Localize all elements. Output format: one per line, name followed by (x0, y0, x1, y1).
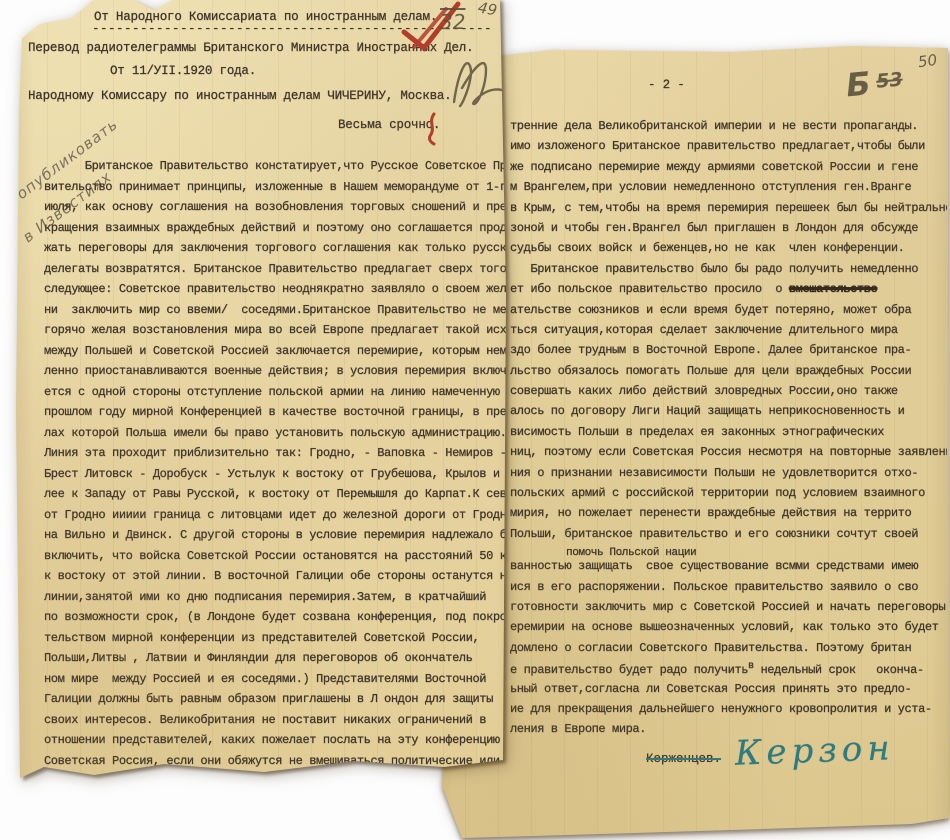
text-line: же подписано перемирие между армиями сов… (510, 160, 947, 180)
text-line: прошлом году мирной Конференцией в качес… (44, 405, 509, 426)
text-line: Британское правительство было бы радо по… (510, 262, 947, 282)
text-line: тренние дела Великобританской империи и … (510, 119, 947, 139)
text-line: в Крым, с тем,чтобы на время перемирия п… (510, 201, 947, 221)
text-line: между Польшей и Советской Россией заключ… (44, 344, 509, 365)
text-line: отношении представителей, каких пожелает… (44, 733, 509, 754)
text-line: ться ситуация,которая сделает заключение… (510, 323, 947, 343)
text-line: лах которой Польша имели бы право устано… (44, 426, 509, 447)
text-line: Британское Правительство констатирует,чт… (44, 159, 509, 180)
text-line: Польши,Литвы , Латвии и Финляндии для пе… (44, 651, 509, 672)
text-line: здо более трудным в Восточной Европе. Да… (510, 343, 947, 363)
text-line: зоной и чтобы ген.Врангел был приглашен … (510, 221, 947, 241)
text-line: помочь Польской нации (510, 547, 947, 559)
text-line: ьный ответ,согласна ли Советская Россия … (510, 682, 947, 702)
red-urgency-mark (424, 112, 440, 146)
text-line: на Вильно и Двинск. С другой стороны в у… (44, 528, 509, 549)
struck-folio-number: 53 (875, 69, 903, 93)
text-line: Линия эта проходит приблизительно так: Г… (44, 446, 509, 467)
text-line: ися в его распоряжении. Польское правите… (510, 580, 947, 600)
text-line: ие для прекращения дальнейшего ненужного… (510, 702, 947, 722)
text-line: ленно приостанавливаются военные действи… (44, 364, 509, 385)
typed-signature-struck: Керженцев. (646, 752, 721, 766)
text-line: судьбы своих войск и беженцев,но не как … (510, 241, 947, 261)
text-line: ния о признании независимости Польши не … (510, 466, 947, 486)
text-line: ет ибо польское правительство просило о … (510, 282, 947, 302)
page-1-body-text: Британское Правительство констатирует,чт… (44, 159, 509, 779)
page-1: От Народного Комиссариата по иностранным… (14, 0, 516, 792)
text-line: включить, что войска Советской России ос… (44, 549, 509, 570)
recipient-line: Народному Комиссару по иностранным делам… (28, 89, 451, 103)
text-line: м Врангелем,при условии немедленноно отс… (510, 180, 947, 200)
text-line: линии,занятой ими ко дню подписания пере… (44, 590, 509, 611)
folio-number-pencil: 32 (440, 10, 465, 34)
text-line: Советская Россия, если они обяжутся не в… (44, 754, 509, 775)
text-line: Польши, британское правительство и его с… (510, 527, 947, 547)
archival-document-scan: - 2 - 50 Б53 тренние дела Великобританск… (0, 0, 950, 840)
text-line: льство обязалось помогать Польше для цел… (510, 364, 947, 384)
text-line: еремирии на основе вышеозначенных услови… (510, 620, 947, 640)
text-line: Брест Литовск - Доробуск - Устьлук к вос… (44, 467, 509, 488)
text-line: мирия, но пожелает перенести враждебные … (510, 506, 947, 526)
text-line: следующее: Советское правительство неодн… (44, 282, 509, 303)
text-line: кращения взаимных враждебных действий и … (44, 221, 509, 242)
text-line: жать переговоры для заключения торгового… (44, 241, 509, 262)
page-1-paper: От Народного Комиссариата по иностранным… (14, 0, 516, 792)
archivist-letter: Б (844, 64, 872, 104)
page-2-body-text: тренние дела Великобританской империи и … (510, 119, 947, 769)
page-2-number-label: - 2 - (648, 78, 685, 92)
text-line: ниц, поэтому если Советская Россия несмо… (510, 445, 947, 465)
text-line: тельством мирной конференции из представ… (44, 631, 509, 652)
text-line: ни заключить мир со ввеми/ соседями.Брит… (44, 303, 509, 324)
text-line: по возможности срок, (в Лондоне будет со… (44, 610, 509, 631)
handwritten-signature: Керзон (735, 733, 896, 769)
text-line: своих интересов. Великобритания не поста… (44, 713, 509, 734)
text-line: от Гродно иииии граница с литовцами идет… (44, 508, 509, 529)
text-line: ванностью защищать свое существование вс… (510, 559, 947, 579)
text-line: готовности заключить мир с Советской Рос… (510, 600, 947, 620)
text-line: ется с одной стороны отступление польско… (44, 385, 509, 406)
date-line: От 11/УII.1920 года. (110, 64, 256, 78)
archivist-monogram-letter: Б53 (844, 62, 904, 105)
text-line: лее к Западу от Равы Русской, к востоку … (44, 487, 509, 508)
text-line: висимость Польши в пределах ея законных … (510, 425, 947, 445)
text-line: июля, как основу соглашения на возобновл… (44, 200, 509, 221)
text-line: ательстве союзников и если время будет п… (510, 303, 947, 323)
text-line: Галиции должны быть равным образом пригл… (44, 692, 509, 713)
text-line: домлено о согласии Советского Правительс… (510, 641, 947, 661)
text-line: совершать каких либо действий зловредных… (510, 384, 947, 404)
folio-number-alt-pencil: 49 (477, 0, 499, 20)
text-line: к востоку от этой линии. В восточной Гал… (44, 569, 509, 590)
text-line: ном мире между Россией и ея соседями.) П… (44, 672, 509, 693)
text-line: вительство принимает принципы, изложенны… (44, 180, 509, 201)
text-line: горячо желая возстановления мира во всей… (44, 323, 509, 344)
pencil-monogram-mark (442, 44, 514, 116)
text-line: имо изложеного Британское правительство … (510, 139, 947, 159)
text-line: алось по договору Лиги Наций защищать не… (510, 404, 947, 424)
text-line: польских армий с российской территории п… (510, 486, 947, 506)
text-line: е правительство будет радо получитьв нед… (510, 661, 947, 681)
text-line: делегаты возвратятся. Британское Правите… (44, 262, 509, 283)
signature-block: Керженцев. Керзон (646, 736, 895, 766)
folio-number-pencil: 50 (917, 51, 938, 71)
